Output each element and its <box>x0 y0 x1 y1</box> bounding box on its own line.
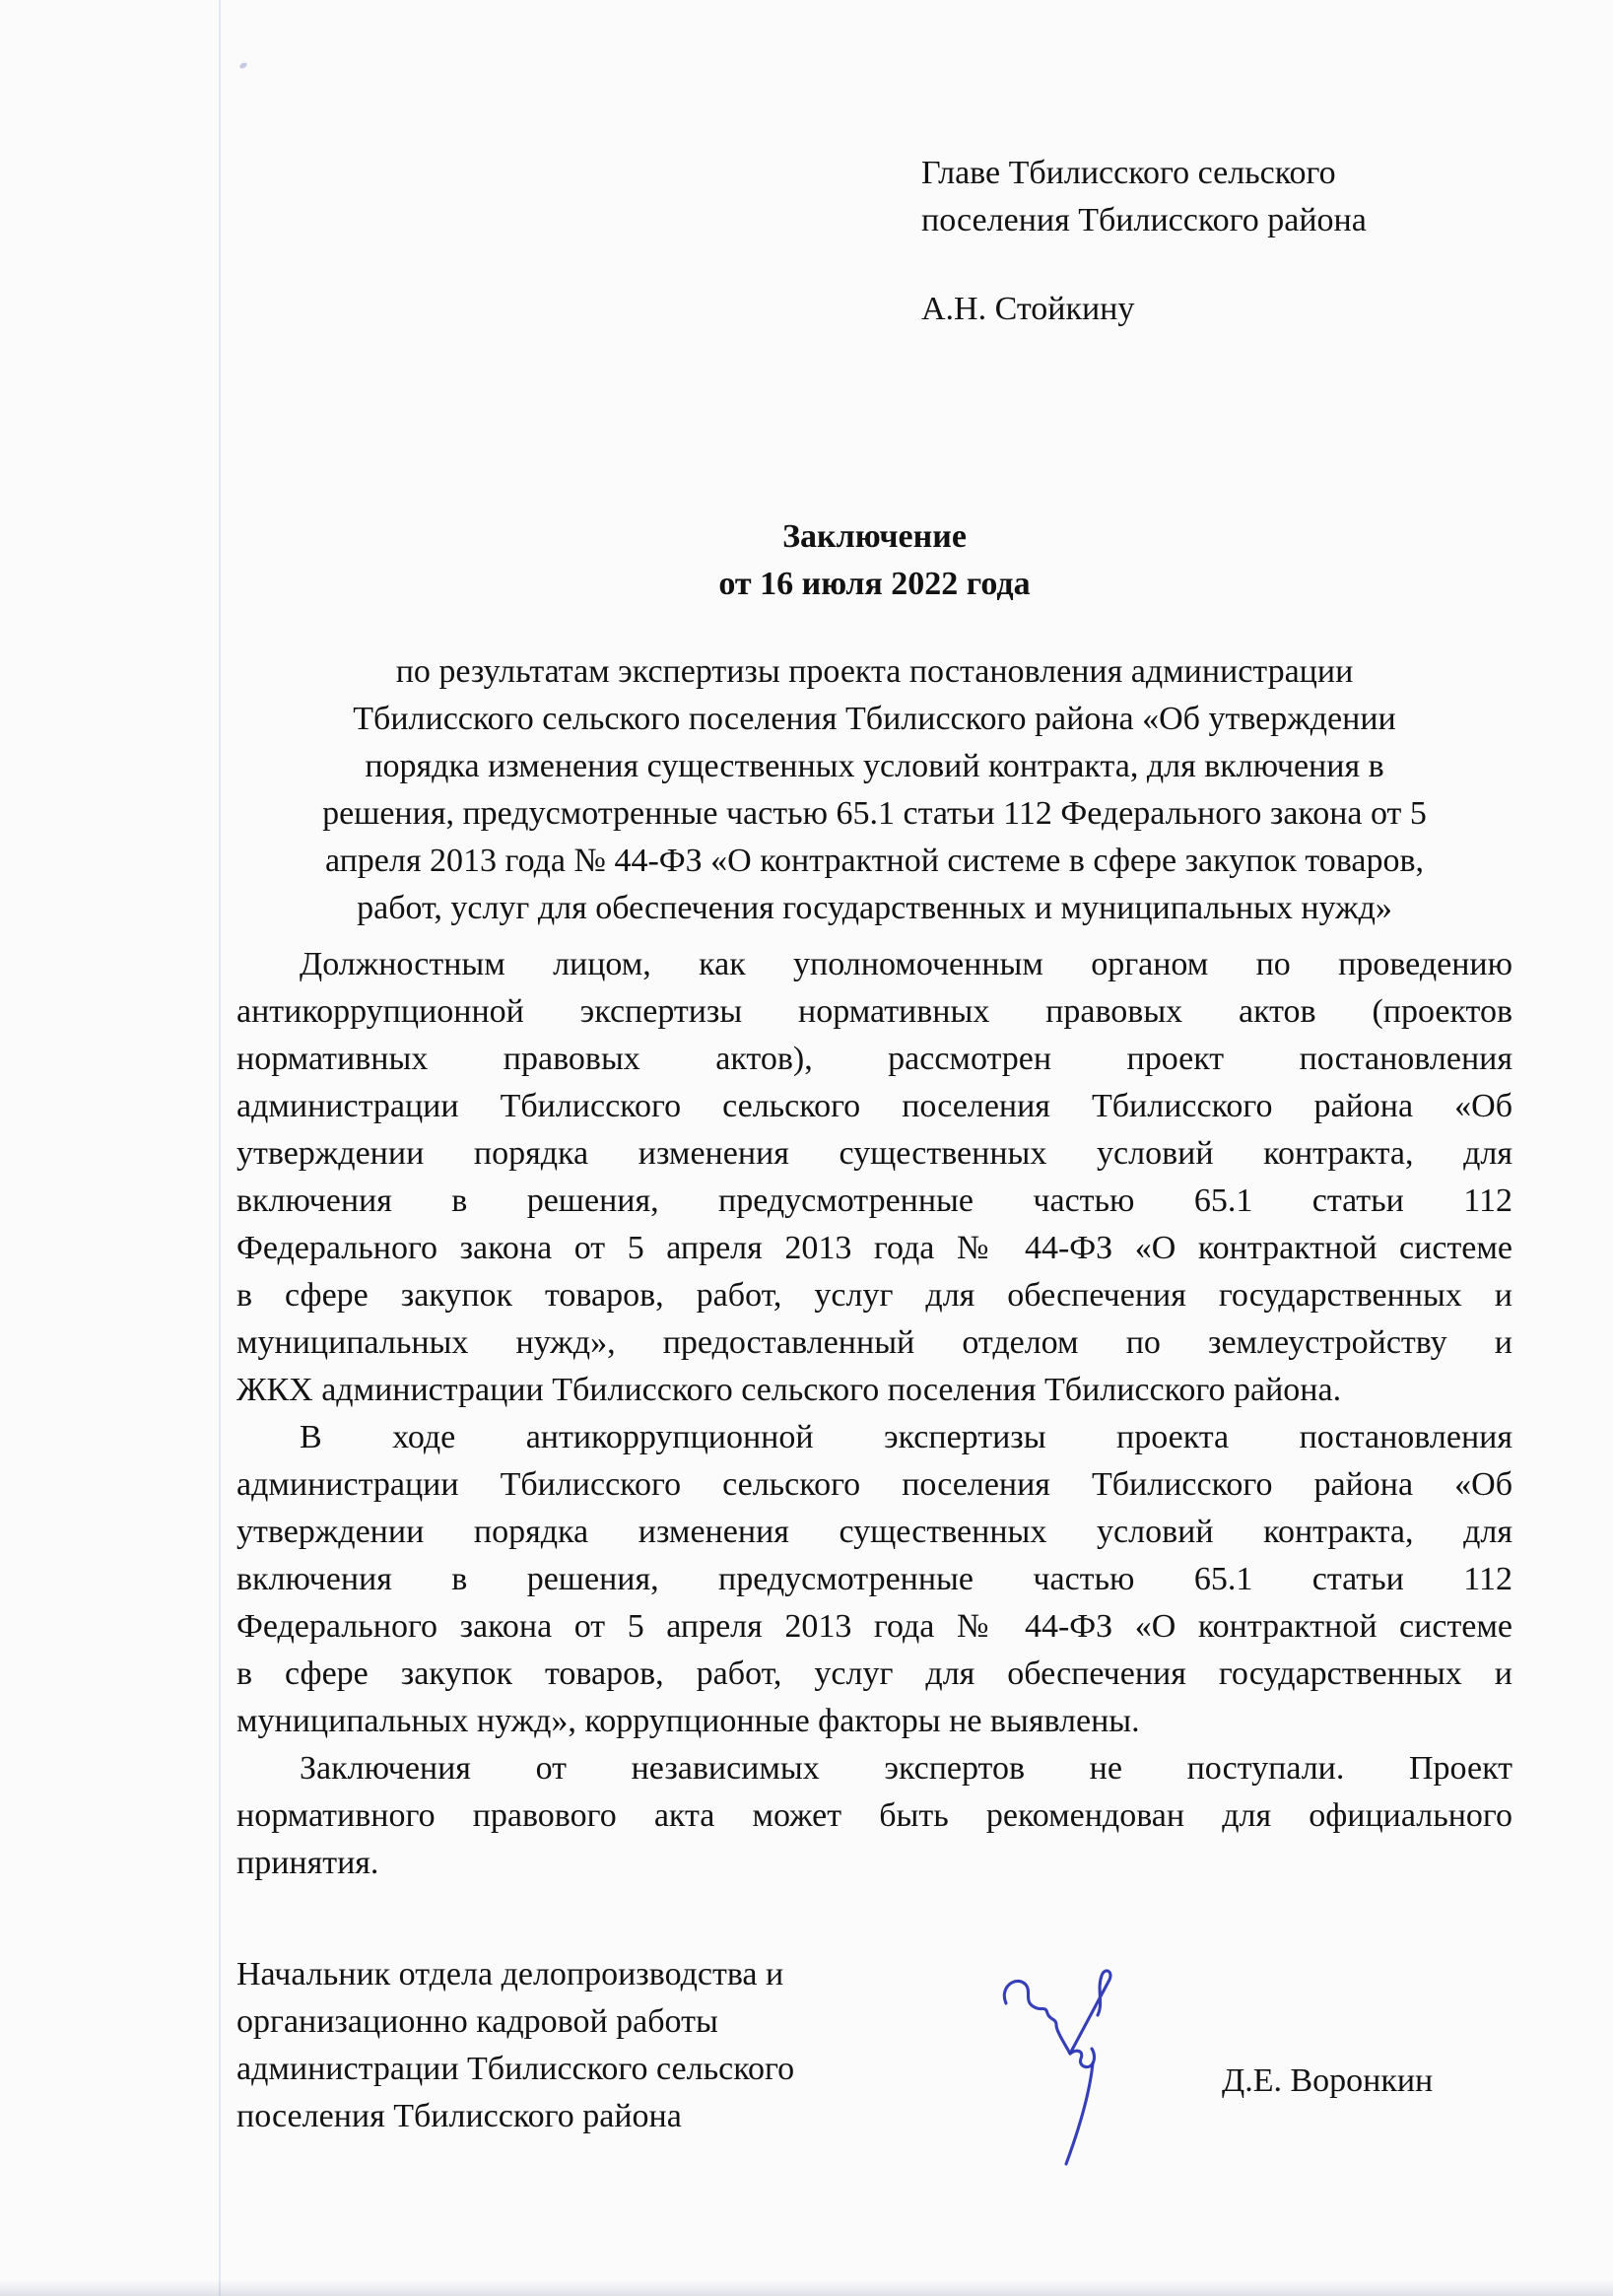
text-line: муниципальных нужд», коррупционные факто… <box>236 1698 1512 1745</box>
addressee-name: А.Н. Стойкину <box>921 286 1473 333</box>
text-line: утверждении порядка изменения существенн… <box>236 1130 1512 1178</box>
text-line: Заключения от независимых экспертов не п… <box>236 1745 1512 1792</box>
text-line: Должностным лицом, как уполномоченным ор… <box>236 941 1512 988</box>
addressee-block: Главе Тбилисского сельского поселения Тб… <box>921 150 1473 333</box>
text-line: Федерального закона от 5 апреля 2013 год… <box>236 1603 1512 1651</box>
text-line: включения в решения, предусмотренные час… <box>236 1178 1512 1225</box>
scan-artifact-ink-speck <box>238 61 247 69</box>
text-line: антикоррупционной экспертизы нормативных… <box>236 988 1512 1036</box>
text-line: принятия. <box>236 1840 1512 1887</box>
signatory-name: Д.Е. Воронкин <box>1222 2058 1537 2105</box>
text-line: работ, услуг для обеспечения государстве… <box>236 885 1512 932</box>
title-heading: Заключение <box>236 513 1512 561</box>
text-line: утверждении порядка изменения существенн… <box>236 1509 1512 1556</box>
body-paragraph-2: В ходе антикоррупционной экспертизы прое… <box>236 1414 1512 1745</box>
signatory-position-line: администрации Тбилисского сельского <box>236 2046 926 2093</box>
text-line: апреля 2013 года № 44-ФЗ «О контрактной … <box>236 838 1512 885</box>
handwritten-signature <box>985 1964 1133 2176</box>
signatory-position-line: организационно кадровой работы <box>236 1998 926 2046</box>
text-line: муниципальных нужд», предоставленный отд… <box>236 1319 1512 1367</box>
addressee-line: поселения Тбилисского района <box>921 197 1473 244</box>
subject-paragraph: по результатам экспертизы проекта постан… <box>236 648 1512 932</box>
scan-artifact-vertical-line <box>219 0 221 2296</box>
document-title: Заключение от 16 июля 2022 года <box>236 513 1512 608</box>
text-line: в сфере закупок товаров, работ, услуг дл… <box>236 1651 1512 1698</box>
body-paragraph-3: Заключения от независимых экспертов не п… <box>236 1745 1512 1887</box>
text-line: решения, предусмотренные частью 65.1 ста… <box>236 790 1512 838</box>
document-page: { "page": { "addressee": { "line1": "Гла… <box>0 0 1613 2296</box>
text-line: включения в решения, предусмотренные час… <box>236 1556 1512 1603</box>
addressee-line: Главе Тбилисского сельского <box>921 150 1473 197</box>
signatory-position-block: Начальник отдела делопроизводства и орга… <box>236 1951 926 2140</box>
text-line: по результатам экспертизы проекта постан… <box>236 648 1512 696</box>
text-line: администрации Тбилисского сельского посе… <box>236 1083 1512 1130</box>
scan-edge-shadow <box>0 2280 1613 2296</box>
text-line: администрации Тбилисского сельского посе… <box>236 1461 1512 1509</box>
text-line: ЖКХ администрации Тбилисского сельского … <box>236 1367 1512 1414</box>
text-line: Тбилисского сельского поселения Тбилисск… <box>236 696 1512 743</box>
title-date: от 16 июля 2022 года <box>236 561 1512 608</box>
text-line: нормативных правовых актов), рассмотрен … <box>236 1036 1512 1083</box>
text-line: в сфере закупок товаров, работ, услуг дл… <box>236 1272 1512 1319</box>
text-line: Федерального закона от 5 апреля 2013 год… <box>236 1225 1512 1272</box>
signatory-position-line: поселения Тбилисского района <box>236 2093 926 2140</box>
signatory-position-line: Начальник отдела делопроизводства и <box>236 1951 926 1998</box>
text-line: нормативного правового акта может быть р… <box>236 1792 1512 1840</box>
text-line: порядка изменения существенных условий к… <box>236 743 1512 790</box>
text-line: В ходе антикоррупционной экспертизы прое… <box>236 1414 1512 1461</box>
body-paragraph-1: Должностным лицом, как уполномоченным ор… <box>236 941 1512 1414</box>
